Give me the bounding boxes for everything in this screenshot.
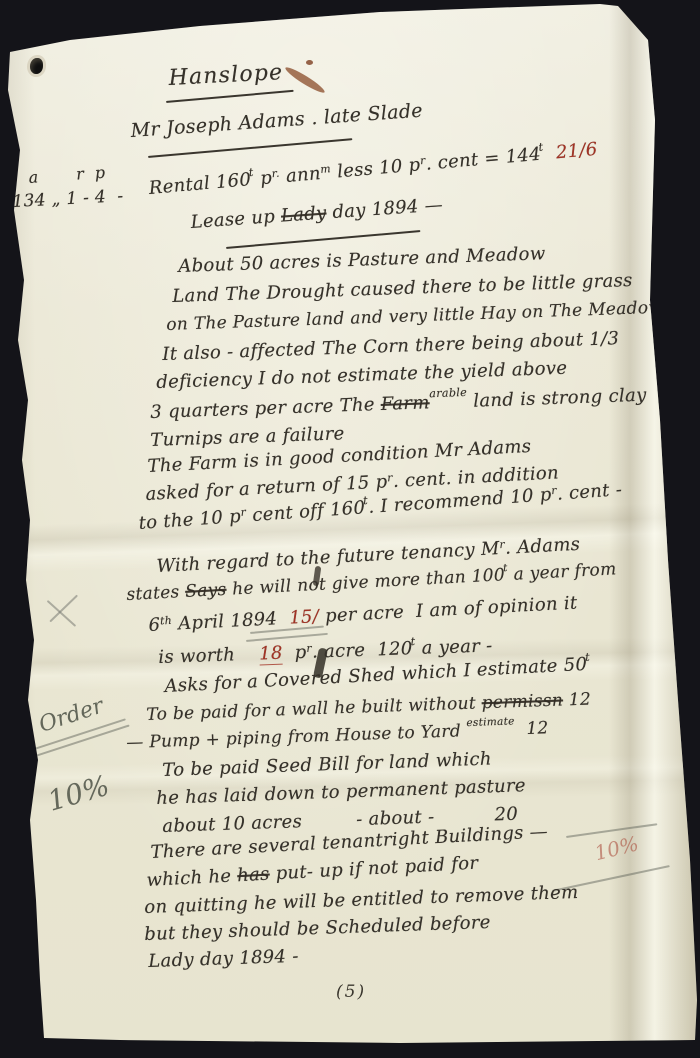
manuscript-line: 134 „ 1 - 4 - bbox=[12, 186, 124, 212]
lease-underline bbox=[226, 230, 420, 249]
manuscript-line: Mr Joseph Adams . late Slade bbox=[130, 100, 424, 142]
page-number: (5) bbox=[336, 982, 366, 1002]
punch-hole bbox=[30, 58, 43, 74]
manuscript-line: but they should be Scheduled before bbox=[144, 912, 491, 945]
manuscript-line: Hanslope bbox=[168, 60, 284, 91]
manuscript-line: To be paid Seed Bill for land which bbox=[162, 749, 492, 781]
title-underline bbox=[166, 90, 294, 103]
paper-sheet: Order 10% 10% HanslopeMr Joseph Adams . … bbox=[0, 0, 700, 1058]
manuscript-line: a r p bbox=[28, 163, 106, 187]
margin-note-order: Order bbox=[36, 694, 107, 738]
margin-note-ten-percent: 10% bbox=[44, 769, 113, 818]
pencil-line bbox=[566, 823, 657, 838]
pencil-x-mark bbox=[47, 600, 77, 627]
manuscript-line: Lady day 1894 - bbox=[148, 946, 299, 972]
ink-smudge bbox=[306, 60, 313, 65]
subtitle-underline bbox=[148, 138, 352, 158]
manuscript-line: Rental 160t pr. annm less 10 pr. cent = … bbox=[148, 139, 598, 199]
margin-note-red-ten-percent: 10% bbox=[592, 831, 641, 865]
manuscript-line: Lease up Lady day 1894 — bbox=[190, 194, 444, 233]
manuscript-line: he has laid down to permanent pasture bbox=[156, 775, 526, 809]
